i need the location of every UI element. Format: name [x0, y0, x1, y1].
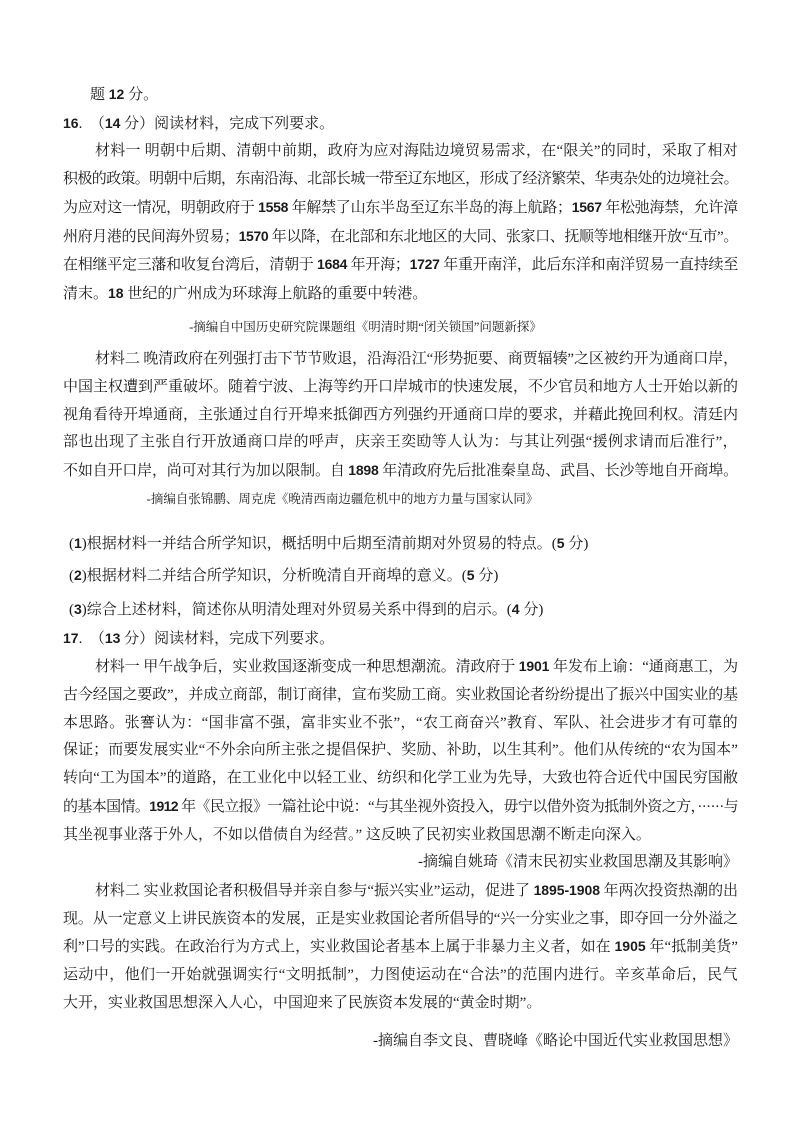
- numeral: 2: [74, 567, 82, 583]
- q17-material2-line1: 材料二 实业救国论者积极倡导并亲自参与“振兴实业”运动，促进了 1895-190…: [63, 877, 738, 906]
- q17-header: 17. （13 分）阅读材料，完成下列要求。: [63, 625, 738, 654]
- q17-material2-line2: 现。从一定意义上讲民族资本的发展，正是实业救国论者所倡导的“兴一分实业之事，即夺…: [63, 906, 738, 934]
- q17-source1: -摘编自姚琦《清末民初实业救国思潮及其影响》: [63, 849, 738, 877]
- q16-material1-line4: 州府月港的民间海外贸易；1570 年以降，在北部和东北地区的大同、张家口、抚顺等…: [63, 223, 738, 252]
- exam-document: 题 12 分。16. （14 分）阅读材料，完成下列要求。材料一 明朝中后期、清…: [63, 81, 738, 1055]
- q16-material2-line4: 部也出现了主张自行开放通商口岸的呼声，庆亲王奕劻等人认为：与其让列强“援例求请而…: [63, 429, 738, 457]
- q16-material2-line1: 材料二 晚清政府在列强打击下节节败退，沿海沿江“形势扼要、商贾辐辏”之区被约开为…: [63, 346, 738, 374]
- q17-source2: -摘编自李文良、曹晓峰《略论中国近代实业救国思想》: [63, 1028, 738, 1056]
- q17-material1-line2: 古今经国之要政”，并成立商部，制订商律，宣布奖励工商。实业救国论者纷纷提出了振兴…: [63, 682, 738, 710]
- numeral: 1684: [317, 256, 347, 272]
- q16-material2-line2: 中国主权遭到严重破坏。随着宁波、上海等约开口岸城市的快速发展，不少官员和地方人士…: [63, 374, 738, 402]
- q17-material2-line5: 大开，实业救国思想深入人心，中国迎来了民族资本发展的“黄金时期”。: [63, 990, 738, 1018]
- numeral: 1570: [239, 228, 269, 244]
- numeral: 1912: [149, 798, 178, 814]
- intro-line: 题 12 分。: [63, 81, 738, 110]
- numeral: 13: [105, 630, 121, 646]
- q16-material1-line6: 清末。18 世纪的广州成为环球海上航路的重要中转港。: [63, 280, 738, 309]
- q16-material1-line1: 材料一 明朝中后期、清朝中前期，政府为应对海陆边境贸易需求，在“限关”的同时，采…: [63, 138, 738, 166]
- q16-source1: -摘编自中国历史研究院课题组《明清时期“闭关锁国”问题新探》: [63, 314, 738, 342]
- q16-material1-line3: 为应对这一情况，明朝政府于 1558 年解禁了山东半岛至辽东半岛的海上航路；15…: [63, 194, 738, 223]
- q16-material1-line2: 积极的政策。明朝中后期，东南沿海、北部长城一带至辽东地区，形成了经济繁荣、华夷杂…: [63, 166, 738, 194]
- q17-material1-line6: 的基本国情。1912 年《民立报》一篇社论中说：“与其坐视外资投入，毋宁以借外资…: [63, 793, 738, 822]
- numeral: 5: [557, 535, 565, 551]
- q17-material2-line4: 运动中，他们一开始就强调实行“文明抵制”，力图使运动在“合法”的范围内进行。辛亥…: [63, 962, 738, 990]
- q17-material1-line3: 本思路。张謇认为：“国非富不强，富非实业不张”，“农工商奋兴”教育、军队、社会进…: [63, 710, 738, 738]
- numeral: 12: [109, 86, 125, 102]
- q16-material2-line5: 不如自开口岸，尚可对其行为加以限制。自 1898 年清政府先后批准秦皇岛、武昌、…: [63, 457, 738, 486]
- numeral: 1: [74, 535, 82, 551]
- q16-header: 16. （14 分）阅读材料，完成下列要求。: [63, 110, 738, 139]
- numeral: 1567: [572, 199, 602, 215]
- q16-material2-line3: 视角看待开埠通商，主张通过自行开埠来抵御西方列强约开通商口岸的要求，并藉此挽回利…: [63, 402, 738, 430]
- numeral: 4: [512, 601, 520, 617]
- numeral: 1905: [614, 938, 645, 954]
- numeral: 1558: [258, 199, 288, 215]
- numeral: 18: [108, 285, 124, 301]
- q16-subquestion3: (3)综合上述材料，简述你从明清处理对外贸易关系中得到的启示。(4 分): [63, 596, 738, 625]
- q17-material1-line5: 转向“工为国本”的道路，在工业化中以轻工业、纺织和化学工业为先导，大致也符合近代…: [63, 765, 738, 793]
- numeral: 3: [74, 601, 82, 617]
- numeral: 17: [63, 630, 79, 646]
- numeral: 5: [467, 567, 475, 583]
- numeral: 1901: [519, 658, 550, 674]
- q16-material1-line5: 在相继平定三藩和收复台湾后，清朝于 1684 年开海；1727 年重开南洋，此后…: [63, 251, 738, 280]
- numeral: 1898: [348, 462, 378, 478]
- numeral: 1895-1908: [534, 882, 600, 898]
- q16-subquestion1: (1)根据材料一并结合所学知识，概括明中后期至清前期对外贸易的特点。(5 分): [63, 530, 738, 559]
- exam-page: 题 12 分。16. （14 分）阅读材料，完成下列要求。材料一 明朝中后期、清…: [0, 0, 800, 1131]
- q16-subquestion2: (2)根据材料二并结合所学知识，分析晚清自开商埠的意义。(5 分): [63, 562, 738, 591]
- q17-material2-line3: 利”口号的实践。在政治行为方式上，实业救国论者基本上属于非暴力主义者，如在 19…: [63, 933, 738, 962]
- q17-material1-line7: 其坐视事业落于外人，不如以借债自为经营。” 这反映了民初实业救国思潮不断走向深入…: [63, 822, 738, 850]
- numeral: 14: [105, 115, 121, 131]
- q17-material1-line4: 保证；而要发展实业“不外余向所主张之提倡保护、奖励、补助，以生其利”。他们从传统…: [63, 737, 738, 765]
- numeral: 1727: [410, 256, 440, 272]
- q16-source2: -摘编自张锦鹏、周克虎《晚清西南边疆危机中的地方力量与国家认同》: [63, 486, 738, 514]
- numeral: 16: [63, 115, 79, 131]
- q17-material1-line1: 材料一 甲午战争后，实业救国逐渐变成一种思想潮流。清政府于 1901 年发布上谕…: [63, 653, 738, 682]
